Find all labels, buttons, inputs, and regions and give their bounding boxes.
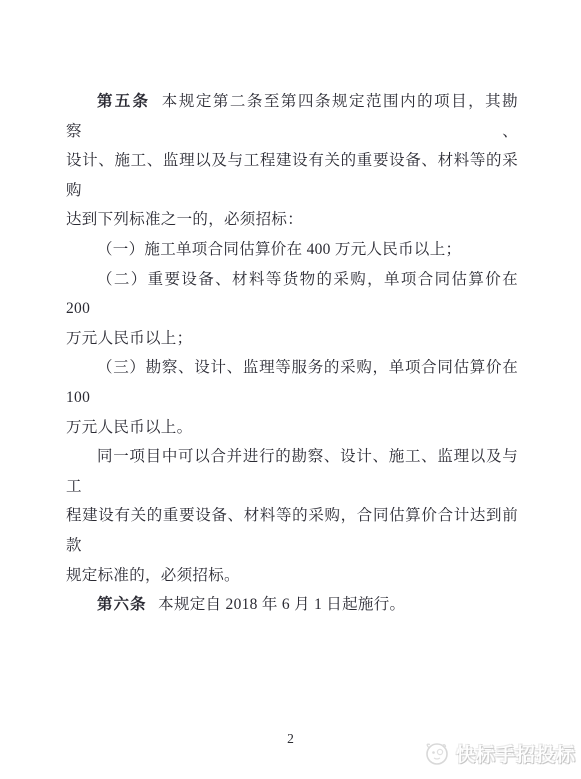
watermark: 快标手招投标 — [422, 739, 576, 767]
doc-line-item-2: （二）重要设备、材料等货物的采购，单项合同估算价在 200 — [66, 265, 518, 324]
doc-line-text: （一）施工单项合同估算价在 400 万元人民币以上； — [97, 241, 461, 258]
watermark-label: 快标手招投标 — [456, 740, 576, 767]
article-6-heading: 第六条 — [97, 596, 147, 613]
doc-line: 规定标准的，必须招标。 — [66, 561, 518, 591]
doc-line-text: 程建设有关的重要设备、材料等的采购，合同估算价合计达到前款 — [66, 507, 518, 554]
doc-line-text: （三）勘察、设计、监理等服务的采购，单项合同估算价在 100 — [66, 359, 518, 406]
doc-line-item-3: （三）勘察、设计、监理等服务的采购，单项合同估算价在 100 — [66, 353, 518, 412]
doc-line-article-6: 第六条本规定自 2018 年 6 月 1 日起施行。 — [66, 590, 518, 620]
doc-line-text: 设计、施工、监理以及与工程建设有关的重要设备、材料等的采购 — [66, 152, 518, 199]
article-5-heading: 第五条 — [97, 93, 150, 110]
doc-line-text: 同一项目中可以合并进行的勘察、设计、施工、监理以及与工 — [66, 448, 518, 495]
document-text-block: 第五条本规定第二条至第四条规定范围内的项目，其勘察、 设计、施工、监理以及与工程… — [66, 87, 518, 620]
doc-line: 万元人民币以上； — [66, 324, 518, 354]
doc-line: 同一项目中可以合并进行的勘察、设计、施工、监理以及与工 — [66, 442, 518, 501]
doc-line: 万元人民币以上。 — [66, 413, 518, 443]
doc-line: 达到下列标准之一的，必须招标： — [66, 205, 518, 235]
doc-line-text: 达到下列标准之一的，必须招标： — [66, 211, 303, 228]
doc-line: 设计、施工、监理以及与工程建设有关的重要设备、材料等的采购 — [66, 146, 518, 205]
doc-line: 程建设有关的重要设备、材料等的采购，合同估算价合计达到前款 — [66, 501, 518, 560]
doc-line-item-1: （一）施工单项合同估算价在 400 万元人民币以上； — [66, 235, 518, 265]
doc-line-text: 万元人民币以上； — [66, 330, 192, 347]
doc-line-article-5-start: 第五条本规定第二条至第四条规定范围内的项目，其勘察、 — [66, 87, 518, 146]
stamp-logo-icon — [422, 739, 450, 767]
document-page: 第五条本规定第二条至第四条规定范围内的项目，其勘察、 设计、施工、监理以及与工程… — [0, 0, 581, 779]
doc-line-text: 万元人民币以上。 — [66, 419, 192, 436]
doc-line-text: 规定标准的，必须招标。 — [66, 567, 240, 584]
doc-line-text: （二）重要设备、材料等货物的采购，单项合同估算价在 200 — [66, 271, 518, 318]
doc-line-text: 本规定自 2018 年 6 月 1 日起施行。 — [158, 596, 405, 613]
